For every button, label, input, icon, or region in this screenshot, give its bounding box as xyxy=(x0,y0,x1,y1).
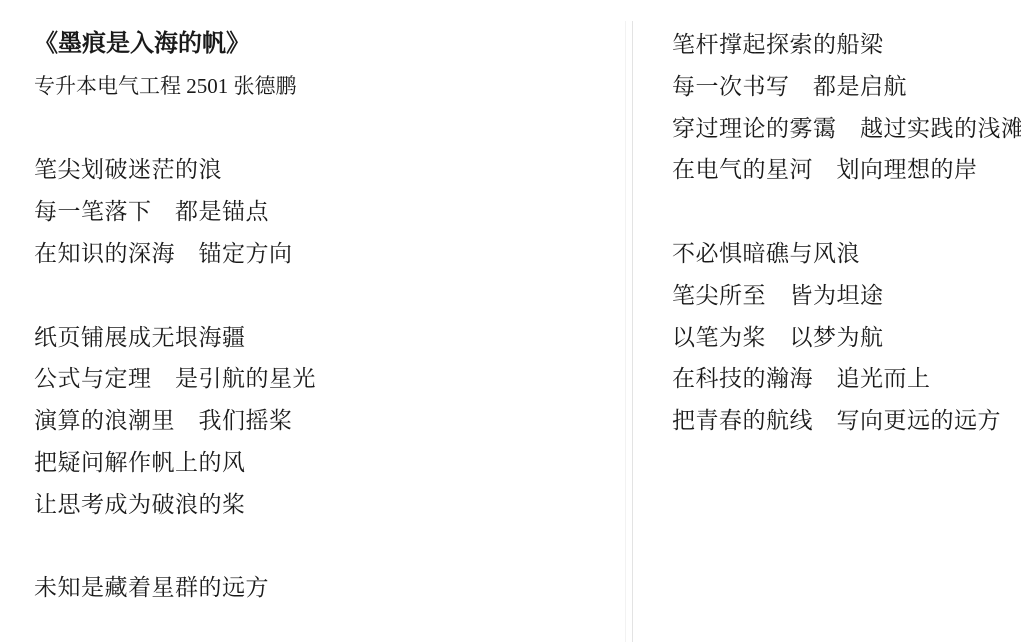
poem-line: 未知是藏着星群的远方 xyxy=(34,567,614,609)
column-rule xyxy=(632,21,633,642)
poem-line: 穿过理论的雾霭 越过实践的浅滩 xyxy=(672,108,1021,150)
poem-title: 《墨痕是入海的帆》 xyxy=(34,24,614,66)
document-page: 《墨痕是入海的帆》 专升本电气工程 2501 张德鹏 笔尖划破迷茫的浪 每一笔落… xyxy=(0,0,1021,642)
poem-line: 公式与定理 是引航的星光 xyxy=(34,358,614,400)
poem-line: 笔尖所至 皆为坦途 xyxy=(672,275,1021,317)
poem-line: 让思考成为破浪的桨 xyxy=(34,484,614,526)
poem-byline: 专升本电气工程 2501 张德鹏 xyxy=(34,66,614,108)
poem-line: 每一笔落下 都是锚点 xyxy=(34,191,614,233)
poem-line: 在电气的星河 划向理想的岸 xyxy=(672,149,1021,191)
left-column: 《墨痕是入海的帆》 专升本电气工程 2501 张德鹏 笔尖划破迷茫的浪 每一笔落… xyxy=(34,24,614,609)
blank-line xyxy=(672,191,1021,233)
poem-line: 演算的浪潮里 我们摇桨 xyxy=(34,400,614,442)
poem-line: 把疑问解作帆上的风 xyxy=(34,442,614,484)
blank-line xyxy=(34,108,614,150)
poem-line: 纸页铺展成无垠海疆 xyxy=(34,317,614,359)
poem-line: 笔尖划破迷茫的浪 xyxy=(34,149,614,191)
poem-line: 笔杆撑起探索的船梁 xyxy=(672,24,1021,66)
column-rule-faint xyxy=(625,21,626,642)
blank-line xyxy=(34,526,614,568)
poem-line: 把青春的航线 写向更远的远方 xyxy=(672,400,1021,442)
poem-line: 不必惧暗礁与风浪 xyxy=(672,233,1021,275)
right-column: 笔杆撑起探索的船梁 每一次书写 都是启航 穿过理论的雾霭 越过实践的浅滩 在电气… xyxy=(672,24,1021,442)
blank-line xyxy=(34,275,614,317)
poem-line: 在科技的瀚海 追光而上 xyxy=(672,358,1021,400)
poem-line: 每一次书写 都是启航 xyxy=(672,66,1021,108)
poem-line: 在知识的深海 锚定方向 xyxy=(34,233,614,275)
poem-line: 以笔为桨 以梦为航 xyxy=(672,317,1021,359)
